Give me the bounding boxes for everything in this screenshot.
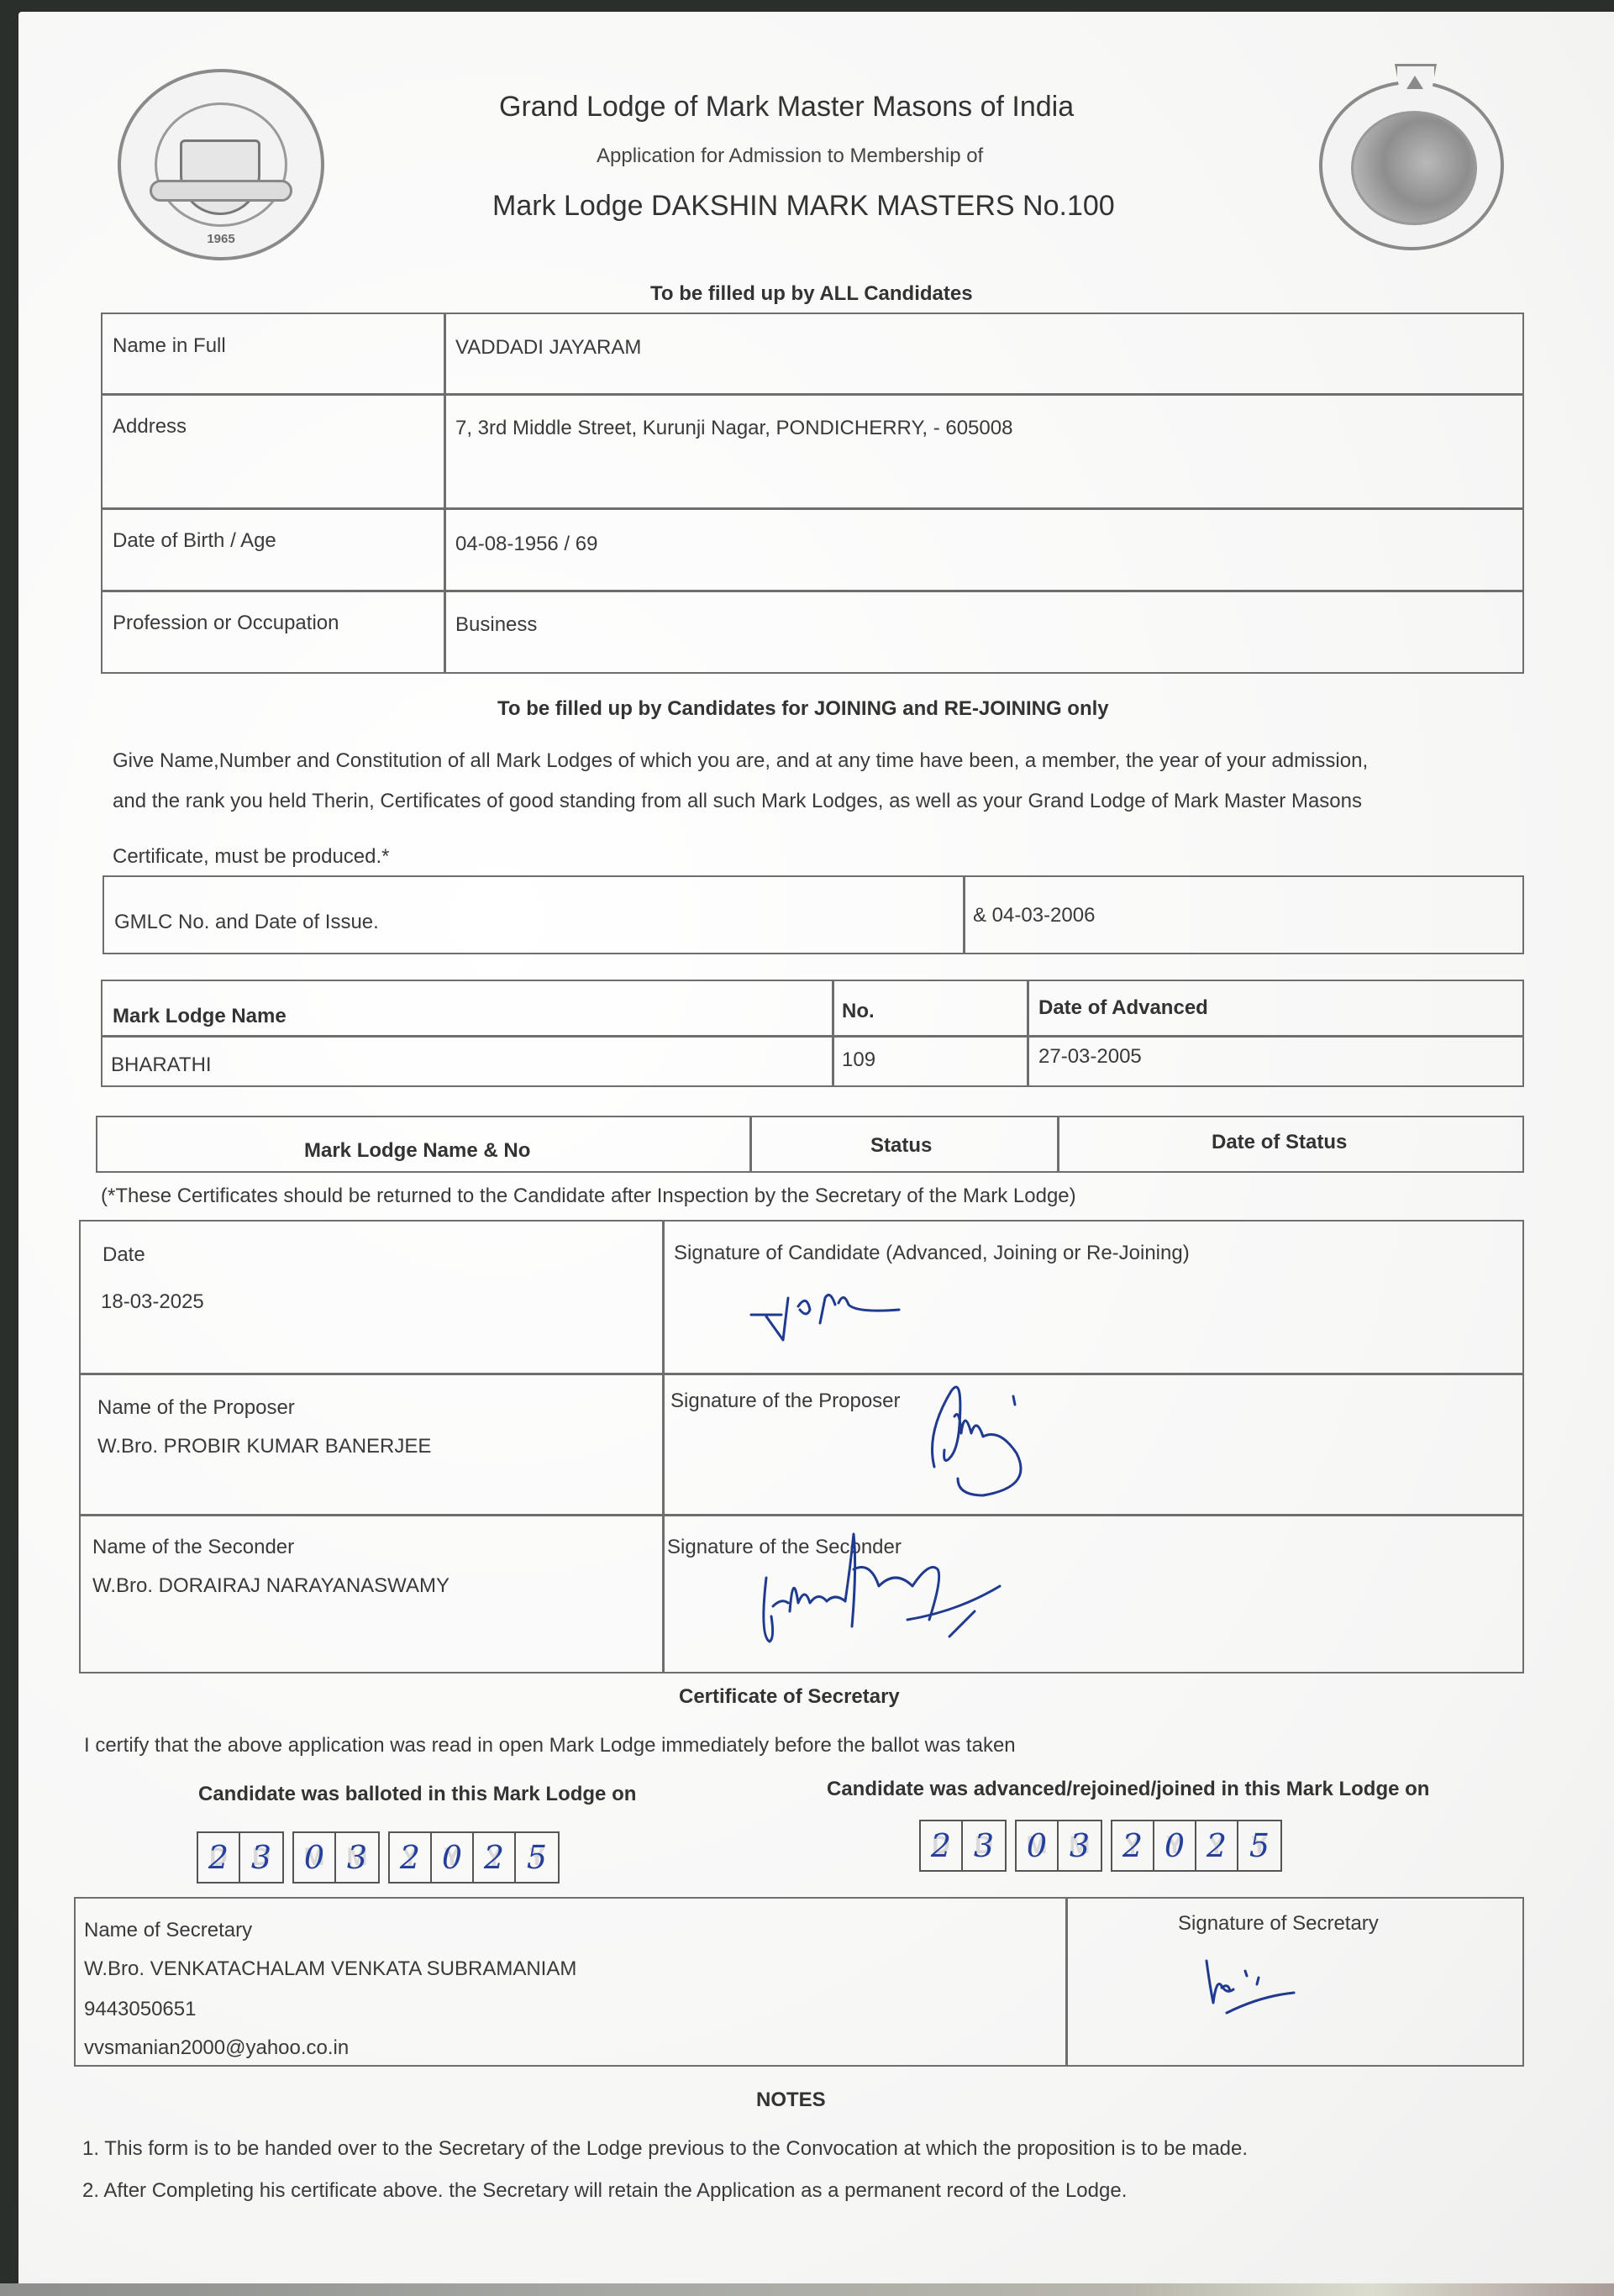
seconder-label: Name of the Seconder — [92, 1536, 294, 1559]
status-header: Status — [870, 1134, 932, 1158]
dob-value[interactable]: 04-08-1956 / 69 — [455, 533, 597, 556]
lodge-name-heading: Mark Lodge DAKSHIN MARK MASTERS No.100 — [492, 190, 1115, 223]
notes-heading: NOTES — [756, 2088, 826, 2112]
temple-tower-icon — [1351, 111, 1477, 225]
lodge-name-header: Mark Lodge Name — [113, 1005, 287, 1028]
lodge-no-cell[interactable]: 109 — [842, 1048, 875, 1072]
date-advanced-cell[interactable]: 27-03-2005 — [1038, 1045, 1142, 1069]
month-group: M0 M3 — [1015, 1820, 1102, 1872]
date-digit[interactable]: M3 — [336, 1833, 378, 1882]
lodge-name-cell[interactable]: BHARATHI — [111, 1053, 212, 1077]
triangle-icon — [1406, 76, 1423, 89]
month-group: M0 M3 — [292, 1831, 380, 1884]
secretary-label: Name of Secretary — [84, 1919, 252, 1942]
secretary-signature[interactable] — [1201, 1954, 1370, 2021]
secretary-phone[interactable]: 9443050651 — [84, 1998, 196, 2021]
all-candidates-heading: To be filled up by ALL Candidates — [650, 282, 973, 306]
secretary-certificate-heading: Certificate of Secretary — [679, 1685, 900, 1709]
date-label: Date — [103, 1243, 145, 1267]
name-label: Name in Full — [113, 334, 226, 358]
day-group: D2 D3 — [197, 1831, 284, 1884]
date-digit[interactable]: Y2 — [1196, 1821, 1238, 1870]
proposer-signature[interactable] — [916, 1374, 1117, 1484]
proposer-name[interactable]: W.Bro. PROBIR KUMAR BANERJEE — [97, 1435, 431, 1458]
certificates-footnote: (*These Certificates should be returned … — [101, 1185, 1076, 1208]
date-digit[interactable]: Y2 — [474, 1833, 516, 1882]
seconder-name[interactable]: W.Bro. DORAIRAJ NARAYANASWAMY — [92, 1574, 450, 1598]
year-group: Y2 Y0 Y2 Y5 — [1111, 1820, 1282, 1872]
proposer-signature-label: Signature of the Proposer — [670, 1390, 901, 1413]
note-1: 1. This form is to be handed over to the… — [82, 2137, 1248, 2161]
mark-lodge-table — [101, 980, 1524, 1087]
note-2: 2. After Completing his certificate abov… — [82, 2179, 1127, 2203]
date-digit[interactable]: Y5 — [1238, 1821, 1280, 1870]
page-title: Grand Lodge of Mark Master Masons of Ind… — [499, 91, 1074, 123]
name-value[interactable]: VADDADI JAYARAM — [455, 336, 641, 360]
date-digit[interactable]: Y2 — [1112, 1821, 1154, 1870]
balloted-date-boxes[interactable]: D2 D3 M0 M3 Y2 Y0 Y2 Y5 — [197, 1831, 560, 1884]
advanced-label: Candidate was advanced/rejoined/joined i… — [827, 1778, 1429, 1801]
page-subtitle: Application for Admission to Membership … — [597, 144, 983, 168]
date-digit[interactable]: D2 — [921, 1821, 963, 1870]
candidate-signature-label: Signature of Candidate (Advanced, Joinin… — [674, 1242, 1190, 1265]
date-digit[interactable]: Y0 — [1154, 1821, 1196, 1870]
date-digit[interactable]: D2 — [198, 1833, 240, 1882]
date-digit[interactable]: D3 — [963, 1821, 1005, 1870]
advanced-date-boxes[interactable]: D2 D3 M0 M3 Y2 Y0 Y2 Y5 — [919, 1820, 1282, 1872]
seconder-signature[interactable] — [756, 1544, 1176, 1679]
gmlc-value[interactable]: & 04-03-2006 — [973, 904, 1095, 927]
secretary-signature-label: Signature of Secretary — [1178, 1912, 1379, 1936]
background-edge — [0, 2283, 1614, 2296]
date-digit[interactable]: Y5 — [516, 1833, 558, 1882]
instruction-line-2: and the rank you held Therin, Certificat… — [113, 790, 1362, 813]
year-group: Y2 Y0 Y2 Y5 — [388, 1831, 560, 1884]
date-advanced-header: Date of Advanced — [1038, 996, 1208, 1020]
dob-label: Date of Birth / Age — [113, 529, 276, 553]
date-digit[interactable]: D3 — [240, 1833, 282, 1882]
day-group: D2 D3 — [919, 1820, 1007, 1872]
date-digit[interactable]: M0 — [294, 1833, 336, 1882]
date-digit[interactable]: Y0 — [432, 1833, 474, 1882]
address-label: Address — [113, 415, 187, 439]
instruction-line-1: Give Name,Number and Constitution of all… — [113, 749, 1368, 773]
secretary-email[interactable]: vvsmanian2000@yahoo.co.in — [84, 2036, 349, 2060]
profession-value[interactable]: Business — [455, 613, 537, 637]
date-digit[interactable]: M0 — [1017, 1821, 1059, 1870]
profession-label: Profession or Occupation — [113, 612, 339, 635]
proposer-label: Name of the Proposer — [97, 1396, 295, 1420]
joining-heading: To be filled up by Candidates for JOININ… — [497, 697, 1109, 721]
date-digit[interactable]: Y2 — [390, 1833, 432, 1882]
seal-year: 1965 — [121, 232, 321, 246]
lodge-no-header: No. — [842, 1000, 875, 1023]
date-of-status-header: Date of Status — [1212, 1131, 1347, 1154]
ribbon-icon — [150, 180, 292, 202]
address-value[interactable]: 7, 3rd Middle Street, Kurunji Nagar, PON… — [455, 417, 1012, 440]
balloted-label: Candidate was balloted in this Mark Lodg… — [198, 1783, 636, 1806]
secretary-statement: I certify that the above application was… — [84, 1734, 1016, 1757]
secretary-name[interactable]: W.Bro. VENKATACHALAM VENKATA SUBRAMANIAM — [84, 1957, 576, 1981]
candidate-signature[interactable] — [748, 1290, 991, 1348]
lodge-name-no-header: Mark Lodge Name & No — [304, 1139, 530, 1163]
instruction-line-3: Certificate, must be produced.* — [113, 845, 390, 869]
grand-lodge-seal-logo: 1965 — [118, 69, 324, 260]
date-digit[interactable]: M3 — [1059, 1821, 1101, 1870]
date-value[interactable]: 18-03-2025 — [101, 1290, 204, 1314]
gmlc-label: GMLC No. and Date of Issue. — [114, 911, 379, 934]
regional-lodge-seal-logo — [1319, 81, 1504, 250]
